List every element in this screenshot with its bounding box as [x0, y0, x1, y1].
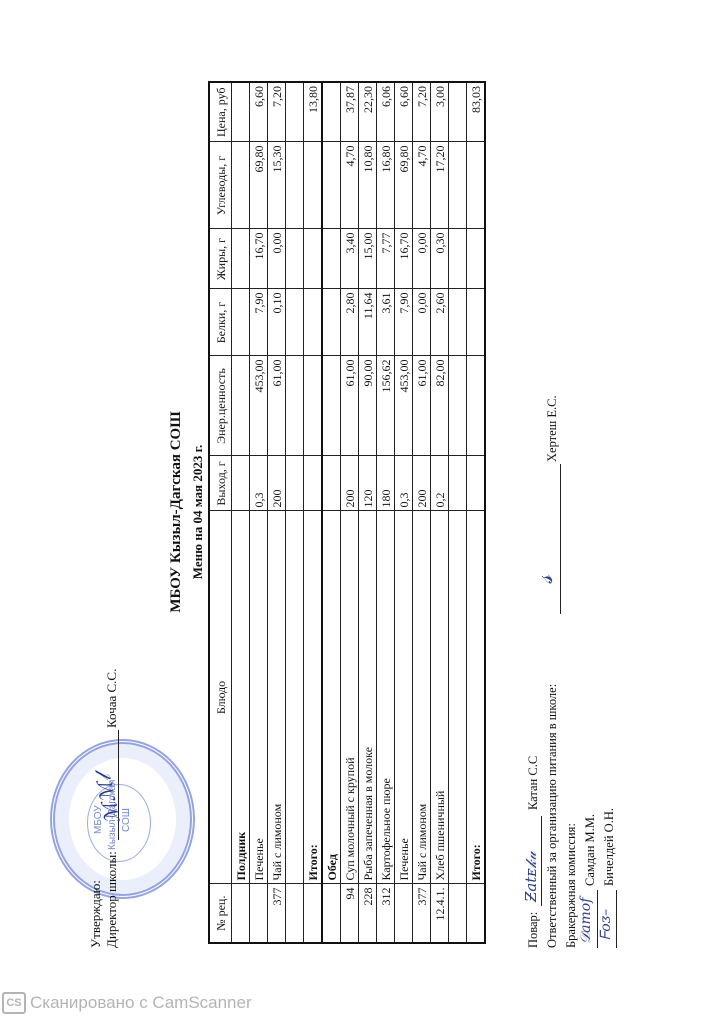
cell-yield: 0,3	[395, 456, 413, 511]
cell-energy	[449, 356, 467, 456]
cell-price	[286, 82, 304, 142]
camscanner-watermark: CS Сканировано с CamScanner	[2, 992, 252, 1014]
cell-energy	[322, 356, 341, 456]
header-price: Цена, руб	[209, 82, 232, 142]
table-header-row: № рец. Блюдо Выход, г Энер.ценность Белк…	[209, 82, 232, 943]
cell-protein: 11,64	[359, 289, 377, 356]
table-row: 94Суп молочный с крупой20061,002,803,404…	[341, 82, 359, 943]
cook-signature: Ƶatᴇ𝓀𝓊	[522, 852, 540, 902]
cell-price: 83,03	[467, 82, 486, 142]
cell-recipe-number: 312	[377, 884, 395, 943]
responsible-signature: 𝓈	[530, 575, 558, 584]
header-recipe-number: № рец.	[209, 884, 232, 943]
cell-recipe-number	[449, 884, 467, 943]
camscanner-text: Сканировано с CamScanner	[30, 993, 252, 1013]
header-fat: Жиры, г	[209, 229, 232, 289]
cell-yield: 120	[359, 456, 377, 511]
director-name: Кочаа С.С.	[104, 669, 120, 728]
cell-energy: 61,00	[268, 356, 286, 456]
cell-yield: 0,2	[431, 456, 449, 511]
cell-price: 3,00	[431, 82, 449, 142]
cell-energy: 82,00	[431, 356, 449, 456]
responsible-name: Хертеш Е.С.	[545, 395, 560, 462]
blank-row	[286, 82, 304, 943]
cell-price: 6,60	[250, 82, 268, 142]
cell-yield	[449, 456, 467, 511]
cell-recipe-number	[322, 884, 341, 943]
cell-yield: 180	[377, 456, 395, 511]
cell-energy: 156,62	[377, 356, 395, 456]
cell-recipe-number: 12.4.1.	[431, 884, 449, 943]
cell-protein	[304, 289, 323, 356]
header-dish: Блюдо	[209, 511, 232, 884]
cell-carbs: 15,30	[268, 142, 286, 229]
cook-name: Катан С.С	[526, 756, 541, 810]
cell-recipe-number: 94	[341, 884, 359, 943]
cell-price: 6,60	[395, 82, 413, 142]
cell-recipe-number	[304, 884, 323, 943]
cell-price: 13,80	[304, 82, 323, 142]
cell-fat: 16,70	[395, 229, 413, 289]
header-carbs: Углеводы, г	[209, 142, 232, 229]
table-row: 377Чай с лимоном20061,000,100,0015,307,2…	[268, 82, 286, 943]
cell-energy	[467, 356, 486, 456]
cell-dish-name: Итого:	[467, 511, 486, 884]
commission-label: Бракеражная комиссия:	[564, 823, 579, 948]
commission-signature-line-2	[616, 890, 617, 948]
cell-price: 7,20	[268, 82, 286, 142]
cell-protein: 7,90	[395, 289, 413, 356]
cell-price	[449, 82, 467, 142]
cell-protein: 7,90	[250, 289, 268, 356]
cell-price: 7,20	[413, 82, 431, 142]
cell-carbs	[467, 142, 486, 229]
cell-fat: 3,40	[341, 229, 359, 289]
cell-yield: 200	[413, 456, 431, 511]
cell-fat	[467, 229, 486, 289]
cell-dish-name: Итого:	[304, 511, 323, 884]
table-row: Печенье0,3453,007,9016,7069,806,60	[250, 82, 268, 943]
cell-fat	[449, 229, 467, 289]
cell-protein: 3,61	[377, 289, 395, 356]
cell-fat	[322, 229, 341, 289]
commission-member-2: Бичелдей О.Н.	[602, 808, 617, 886]
cell-carbs: 4,70	[341, 142, 359, 229]
table-row: 312Картофельное пюре180156,623,617,7716,…	[377, 82, 395, 943]
cell-yield	[304, 456, 323, 511]
cell-carbs: 69,80	[395, 142, 413, 229]
cell-yield: 200	[341, 456, 359, 511]
cell-carbs: 17,20	[431, 142, 449, 229]
cell-carbs	[322, 142, 341, 229]
director-label: Директор школы:	[104, 851, 120, 948]
cell-carbs	[232, 142, 250, 229]
cell-fat: 7,77	[377, 229, 395, 289]
document-subtitle: Меню на 04 мая 2023 г.	[190, 0, 206, 1024]
cell-fat: 16,70	[250, 229, 268, 289]
cell-recipe-number: 377	[413, 884, 431, 943]
table-row: 228Рыба запеченная в молоке12090,0011,64…	[359, 82, 377, 943]
cell-yield	[467, 456, 486, 511]
cell-dish-name: Полдник	[232, 511, 250, 884]
cell-protein	[232, 289, 250, 356]
header-energy: Энер.ценность	[209, 356, 232, 456]
cell-yield	[286, 456, 304, 511]
cell-energy	[286, 356, 304, 456]
cell-price: 37,87	[341, 82, 359, 142]
cell-fat: 15,00	[359, 229, 377, 289]
cell-price: 22,30	[359, 82, 377, 142]
blank-row	[449, 82, 467, 943]
menu-table-body: ПолдникПеченье0,3453,007,9016,7069,806,6…	[232, 82, 486, 943]
cook-label: Повар:	[526, 912, 541, 948]
total-row: Итого:13,80	[304, 82, 323, 943]
cell-fat: 0,00	[268, 229, 286, 289]
cell-energy	[232, 356, 250, 456]
director-signature-line	[118, 730, 119, 840]
commission-member-1: Самдан М.М.	[583, 814, 598, 886]
cell-dish-name: Суп молочный с крупой	[341, 511, 359, 884]
table-row: 12.4.1.Хлеб пшеничный0,282,002,600,3017,…	[431, 82, 449, 943]
cell-recipe-number	[232, 884, 250, 943]
cell-protein: 0,10	[268, 289, 286, 356]
cell-protein	[322, 289, 341, 356]
cell-protein: 2,80	[341, 289, 359, 356]
cell-energy: 453,00	[250, 356, 268, 456]
cell-yield: 200	[268, 456, 286, 511]
responsible-label: Ответственный за организацию питания в ш…	[545, 684, 560, 948]
cell-fat: 0,00	[413, 229, 431, 289]
cell-fat	[304, 229, 323, 289]
menu-table: № рец. Блюдо Выход, г Энер.ценность Белк…	[208, 81, 486, 944]
cell-dish-name: Картофельное пюре	[377, 511, 395, 884]
cell-dish-name: Чай с лимоном	[413, 511, 431, 884]
cell-carbs	[449, 142, 467, 229]
section-row: Обед	[322, 82, 341, 943]
scanned-menu-sheet: МБОУ Кызыл-Дагская СОШ Утверждаю: Директ…	[0, 0, 707, 1024]
cell-recipe-number: 377	[268, 884, 286, 943]
section-row: Полдник	[232, 82, 250, 943]
cell-protein: 2,60	[431, 289, 449, 356]
commission-signature-2: ᖴoᴣ–	[598, 909, 614, 940]
cell-dish-name: Обед	[322, 511, 341, 884]
cell-recipe-number	[250, 884, 268, 943]
cell-yield	[232, 456, 250, 511]
cell-recipe-number	[395, 884, 413, 943]
header-protein: Белки, г	[209, 289, 232, 356]
cell-fat	[286, 229, 304, 289]
cell-energy: 61,00	[341, 356, 359, 456]
cell-energy: 90,00	[359, 356, 377, 456]
responsible-signature-line	[560, 464, 561, 614]
cell-carbs: 69,80	[250, 142, 268, 229]
cell-carbs: 16,80	[377, 142, 395, 229]
cell-energy	[304, 356, 323, 456]
cell-dish-name: Чай с лимоном	[268, 511, 286, 884]
cell-price	[232, 82, 250, 142]
cell-dish-name: Рыба запеченная в молоке	[359, 511, 377, 884]
cell-fat	[232, 229, 250, 289]
cell-carbs	[304, 142, 323, 229]
commission-signature-1: 𝒟amof	[578, 898, 594, 944]
cell-dish-name	[286, 511, 304, 884]
total-row: Итого:83,03	[467, 82, 486, 943]
cell-energy: 453,00	[395, 356, 413, 456]
cell-dish-name	[449, 511, 467, 884]
cell-recipe-number	[467, 884, 486, 943]
cell-dish-name: Хлеб пшеничный	[431, 511, 449, 884]
cell-dish-name: Печенье	[395, 511, 413, 884]
document-title: МБОУ Кызыл-Дагская СОШ	[168, 0, 185, 1024]
cell-price	[322, 82, 341, 142]
header-yield: Выход, г	[209, 456, 232, 511]
cell-carbs: 10,80	[359, 142, 377, 229]
cell-energy: 61,00	[413, 356, 431, 456]
cell-carbs: 4,70	[413, 142, 431, 229]
cell-protein	[286, 289, 304, 356]
approved-label: Утверждаю:	[88, 880, 104, 948]
cell-carbs	[286, 142, 304, 229]
cell-recipe-number	[286, 884, 304, 943]
cook-signature-line	[541, 816, 542, 906]
cell-protein	[467, 289, 486, 356]
cell-protein	[449, 289, 467, 356]
cell-dish-name: Печенье	[250, 511, 268, 884]
cell-price: 6,06	[377, 82, 395, 142]
table-row: Печенье0,3453,007,9016,7069,806,60	[395, 82, 413, 943]
camscanner-logo-icon: CS	[2, 992, 26, 1014]
cell-fat: 0,30	[431, 229, 449, 289]
cell-yield: 0,3	[250, 456, 268, 511]
cell-recipe-number: 228	[359, 884, 377, 943]
cell-protein: 0,00	[413, 289, 431, 356]
table-row: 377Чай с лимоном20061,000,000,004,707,20	[413, 82, 431, 943]
cell-yield	[322, 456, 341, 511]
